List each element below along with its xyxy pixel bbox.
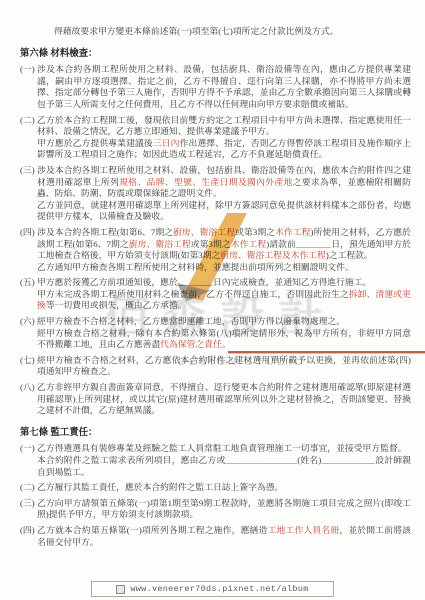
item-paragraph: 乙方於本合約工程開工後，發現依目前雙方約定之工程項目中有甲方尚未選擇、指定應使用… [37, 115, 411, 138]
text-run: 代為保管之責任 [160, 339, 222, 349]
item-number: (六) [20, 316, 35, 328]
item-number: (一) [20, 443, 35, 455]
contract-item: (一)涉及本合約各期工程所使用之材料、設備，包括廚具、衛浴設備等在內，應由乙方提… [20, 64, 411, 110]
section-2: 第七條 監工責任：(一)乙方得遴選具有裝修專業及經驗之監工人員常駐工地負責管理施… [20, 428, 411, 548]
item-number: (二) [20, 115, 35, 127]
text-run: 廚房、衛浴工程及木作工程 [220, 250, 326, 260]
text-run: 甲方應於接獲乙方前項通知後，應於＿＿＿＿日內完成檢查，並通知乙方得進行施工。 [37, 277, 371, 287]
contract-item: (三)涉及本合約各期工程所使用之材料、設備，包括廚具、衛浴設備等在內，應依本合約… [20, 165, 411, 223]
text-run: 乙方於本合約工程開工後，發現依目前雙方約定之工程項目中有甲方尚未選擇、指定應使用… [37, 115, 411, 137]
text-run: 甲方未完成各期工程所使用材料之檢查前，乙方不得逕自施工，否則因此衍生之 [37, 289, 349, 299]
item-paragraph: 乙方通知甲方檢查各期工程所使用之材料時，並應提出前項所列之相關證明文件。 [37, 262, 411, 274]
item-number: (四) [20, 227, 35, 239]
contract-item: (三)乙方向甲方請領第五條第(一)項第1期至第9期工程款時，並應將各期施工項目完… [20, 498, 411, 521]
contract-item: (七)經甲方檢查不合格之材料，乙方應依本合約附件之建材選用單所載予以更換，並再依… [20, 355, 411, 378]
document-sections: 第六條 材料檢查：(一)涉及本合約各期工程所使用之材料、設備，包括廚具、衛浴設備… [20, 49, 411, 549]
item-paragraph: 乙方就本合約第五條第(一)項所列各期工程之施作，應繕造工地工作人員名冊，並於開工… [37, 525, 411, 548]
contract-item: (一)乙方得遴選具有裝修專業及經驗之監工人員常駐工地負責管理施工一切事宜，並接受… [20, 443, 411, 478]
item-paragraph: 甲方應於乙方提供專業建議後三日內作出選擇、指定，否則乙方得暫停該工程項目及施作順… [37, 138, 411, 161]
item-paragraph: 涉及本合約各期工程所使用之材料、設備，包括廚具、衛浴設備等在內，應由乙方提供專業… [37, 64, 411, 110]
text-run: 規格、品牌、型號、生產日期及國內外產地 [119, 177, 292, 187]
item-paragraph: 乙方非經甲方親自書面簽章同意，不得擅自、逕行變更本合約附件之建材選用確認單(即原… [37, 382, 411, 417]
text-run: 乙方向甲方請領第五條第(一)項第1期至第9期工程款時，並應將各期施工項目完成之照… [37, 498, 411, 520]
item-number: (三) [20, 165, 35, 177]
footer-url-box: www.veneerer70ds.pixnet.net/album [91, 581, 333, 597]
intro-paragraph: 得藉故要求甲方變更本條前述第(一)項至第(七)項所定之付款比例及方式。 [54, 26, 411, 38]
contract-page: 得藉故要求甲方變更本條前述第(一)項至第(七)項所定之付款比例及方式。 第六條 … [0, 0, 425, 600]
section-1: 第六條 材料檢查：(一)涉及本合約各期工程所使用之材料、設備，包括廚具、衛浴設備… [20, 49, 411, 417]
text-run: 涉及本合約各期工程所使用之材料、設備，包括廚具、衛浴設備等在內，應由乙方提供專業… [37, 64, 411, 109]
text-run: 。 [222, 339, 231, 349]
contract-item: (五)甲方應於接獲乙方前項通知後，應於＿＿＿＿日內完成檢查，並通知乙方得進行施工… [20, 277, 411, 312]
item-paragraph: 乙方並同意，就建材選用確認單上所列建材，除甲方簽認同意免提供該材料樣本之部份者，… [37, 200, 411, 223]
contract-item: (二)乙方履行其監工責任，應於本合約附件之監工日誌上簽字為憑。 [20, 482, 411, 494]
item-number: (四) [20, 525, 35, 537]
contract-item: (四)涉及本合約各期工程(如第6、7期之廚房、衛浴工程或第3期之木作工程)所使用… [20, 227, 411, 273]
footer: www.veneerer70ds.pixnet.net/album [0, 581, 425, 597]
item-number: (五) [20, 277, 35, 289]
item-paragraph: 乙方向甲方請領第五條第(一)項第1期至第9期工程款時，並應將各期施工項目完成之照… [37, 498, 411, 521]
item-paragraph: 經甲方檢查合格之材料，除有本合約第六條第(八)項所定情形外，視為甲方所有，非經甲… [37, 328, 411, 351]
item-number: (八) [20, 382, 35, 394]
text-run: 乙方就本合約第五條第(一)項所列各期工程之施作，應繕造 [37, 525, 268, 535]
item-number: (一) [20, 64, 35, 76]
text-run: 涉及本合約各期工程(如第6、7期之 [37, 227, 173, 237]
item-paragraph: 本合約附件之監工需求表所列項目，應由乙方或＿＿＿＿＿＿＿＿(姓名)＿＿＿＿＿＿設… [37, 455, 411, 478]
item-paragraph: 涉及本合約各期工程所使用之材料、設備，包括廚具、衛浴設備等在內，應依本合約附件四… [37, 165, 411, 200]
text-run: 或第3期之 [235, 227, 275, 237]
text-run: 乙方通知甲方檢查各期工程所使用之材料時，並應提出前項所列之相關證明文件。 [37, 262, 354, 272]
contract-item: (二)乙方於本合約工程開工後，發現依目前雙方約定之工程項目中有甲方尚未選擇、指定… [20, 115, 411, 161]
text-run: 經甲方檢查不合格之材料，乙方應當即運離工地，否則甲方得以廢棄物處理之。 [37, 316, 345, 326]
text-run: 乙方履行其監工責任，應於本合約附件之監工日誌上簽字為憑。 [37, 482, 283, 492]
contract-item: (六)經甲方檢查不合格之材料，乙方應當即運離工地，否則甲方得以廢棄物處理之。經甲… [20, 316, 411, 351]
text-run: 木作工程 [231, 239, 266, 249]
footer-url: www.veneerer70ds.pixnet.net/album [130, 584, 308, 594]
section-heading: 第六條 材料檢查： [20, 49, 411, 61]
section-heading: 第七條 監工責任： [20, 428, 411, 440]
item-paragraph: 甲方未完成各期工程所使用材料之檢查前，乙方不得逕自施工，否則因此衍生之拆卸、清運… [37, 289, 411, 312]
text-run: 經甲方檢查不合格之材料，乙方應依本合約附件之建材選用單所載予以更換，並再依前述第… [37, 355, 411, 377]
text-run: 甲方應於乙方提供專業建議後 [37, 138, 153, 148]
text-run: 工地工作人員名冊 [268, 525, 340, 535]
item-paragraph: 乙方得遴選具有裝修專業及經驗之監工人員常駐工地負責管理施工一切事宜，並接受甲方監… [37, 443, 411, 455]
item-number: (二) [20, 482, 35, 494]
contract-item: (八)乙方非經甲方親自書面簽章同意，不得擅自、逕行變更本合約附件之建材選用確認單… [20, 382, 411, 417]
text-run: 木作工程 [275, 227, 310, 237]
text-run: 廚房、衛浴工程 [129, 239, 191, 249]
contract-item: (四)乙方就本合約第五條第(一)項所列各期工程之施作，應繕造工地工作人員名冊，並… [20, 525, 411, 548]
text-run: 乙方非經甲方親自書面簽章同意，不得擅自、逕行變更本合約附件之建材選用確認單(即原… [37, 382, 411, 415]
item-number: (三) [20, 498, 35, 510]
item-paragraph: 乙方履行其監工責任，應於本合約附件之監工日誌上簽字為憑。 [37, 482, 411, 494]
text-run: 三日內 [153, 138, 180, 148]
text-run: 廚房、衛浴工程 [173, 227, 235, 237]
item-paragraph: 經甲方檢查不合格之材料，乙方應當即運離工地，否則甲方得以廢棄物處理之。 [37, 316, 411, 328]
item-number: (七) [20, 355, 35, 367]
text-run: )之工程款。 [326, 250, 373, 260]
text-run: 等一切費用或損失，概由乙方承擔。 [46, 300, 187, 310]
text-run: 乙方並同意，就建材選用確認單上所列建材，除甲方簽認同意免提供該材料樣本之部份者，… [37, 200, 411, 222]
item-paragraph: 涉及本合約各期工程(如第6、7期之廚房、衛浴工程或第3期之木作工程)所使用之材料… [37, 227, 411, 262]
item-paragraph: 甲方應於接獲乙方前項通知後，應於＿＿＿＿日內完成檢查，並通知乙方得進行施工。 [37, 277, 411, 289]
item-paragraph: 經甲方檢查不合格之材料，乙方應依本合約附件之建材選用單所載予以更換，並再依前述第… [37, 355, 411, 378]
text-run: 或第3期之 [191, 239, 231, 249]
text-run: 本合約附件之監工需求表所列項目，應由乙方或＿＿＿＿＿＿＿＿(姓名)＿＿＿＿＿＿設… [37, 455, 411, 477]
footer-badge-icon [116, 585, 125, 594]
text-run: 乙方得遴選具有裝修專業及經驗之監工人員常駐工地負責管理施工一切事宜，並接受甲方監… [37, 443, 406, 453]
